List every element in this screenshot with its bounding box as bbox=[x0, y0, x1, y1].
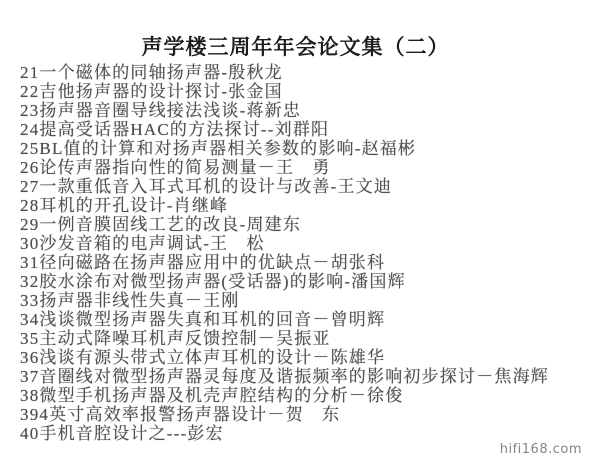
toc-entry: 22吉他扬声器的设计探讨-张金国 bbox=[20, 82, 587, 101]
toc-list: 21一个磁体的同轴扬声器-殷秋龙 22吉他扬声器的设计探讨-张金国 23扬声器音… bbox=[20, 63, 587, 443]
toc-entry: 32胶水涂布对微型扬声器(受话器)的影响-潘国辉 bbox=[20, 272, 587, 291]
toc-entry: 27一款重低音入耳式耳机的设计与改善-王文迪 bbox=[20, 177, 587, 196]
toc-entry: 30沙发音箱的电声调试-王 松 bbox=[20, 234, 587, 253]
toc-entry: 31径向磁路在扬声器应用中的优缺点－胡张科 bbox=[20, 253, 587, 272]
toc-entry: 37音圈线对微型扬声器灵每度及谐振频率的影响初步探讨－焦海辉 bbox=[20, 367, 587, 386]
toc-entry: 21一个磁体的同轴扬声器-殷秋龙 bbox=[20, 63, 587, 82]
toc-entry: 38微型手机扬声器及机壳声腔结构的分析－徐俊 bbox=[20, 386, 587, 405]
toc-entry: 36浅谈有源头带式立体声耳机的设计－陈雄华 bbox=[20, 348, 587, 367]
document-page: 声学楼三周年年会论文集（二） 21一个磁体的同轴扬声器-殷秋龙 22吉他扬声器的… bbox=[0, 0, 591, 464]
toc-entry: 28耳机的开孔设计-肖继峰 bbox=[20, 196, 587, 215]
toc-entry: 26论传声器指向性的简易测量－王 勇 bbox=[20, 158, 587, 177]
toc-entry: 24提高受话器HAC的方法探讨--刘群阳 bbox=[20, 120, 587, 139]
watermark-hifi168: hifi168.com bbox=[500, 442, 582, 457]
page-title: 声学楼三周年年会论文集（二） bbox=[0, 31, 591, 61]
toc-entry: 29一例音膜固线工艺的改良-周建东 bbox=[20, 215, 587, 234]
toc-entry: 35主动式降噪耳机声反馈控制－吴振亚 bbox=[20, 329, 587, 348]
toc-entry: 40手机音腔设计之---彭宏 bbox=[20, 424, 587, 443]
toc-entry: 34浅谈微型扬声器失真和耳机的回音－曾明辉 bbox=[20, 310, 587, 329]
toc-entry: 33扬声器非线性失真－王刚 bbox=[20, 291, 587, 310]
toc-entry: 25BL值的计算和对扬声器相关参数的影响-赵福彬 bbox=[20, 139, 587, 158]
toc-entry: 23扬声器音圈导线接法浅谈-蒋新忠 bbox=[20, 101, 587, 120]
toc-entry: 394英寸高效率报警扬声器设计－贺 东 bbox=[20, 405, 587, 424]
